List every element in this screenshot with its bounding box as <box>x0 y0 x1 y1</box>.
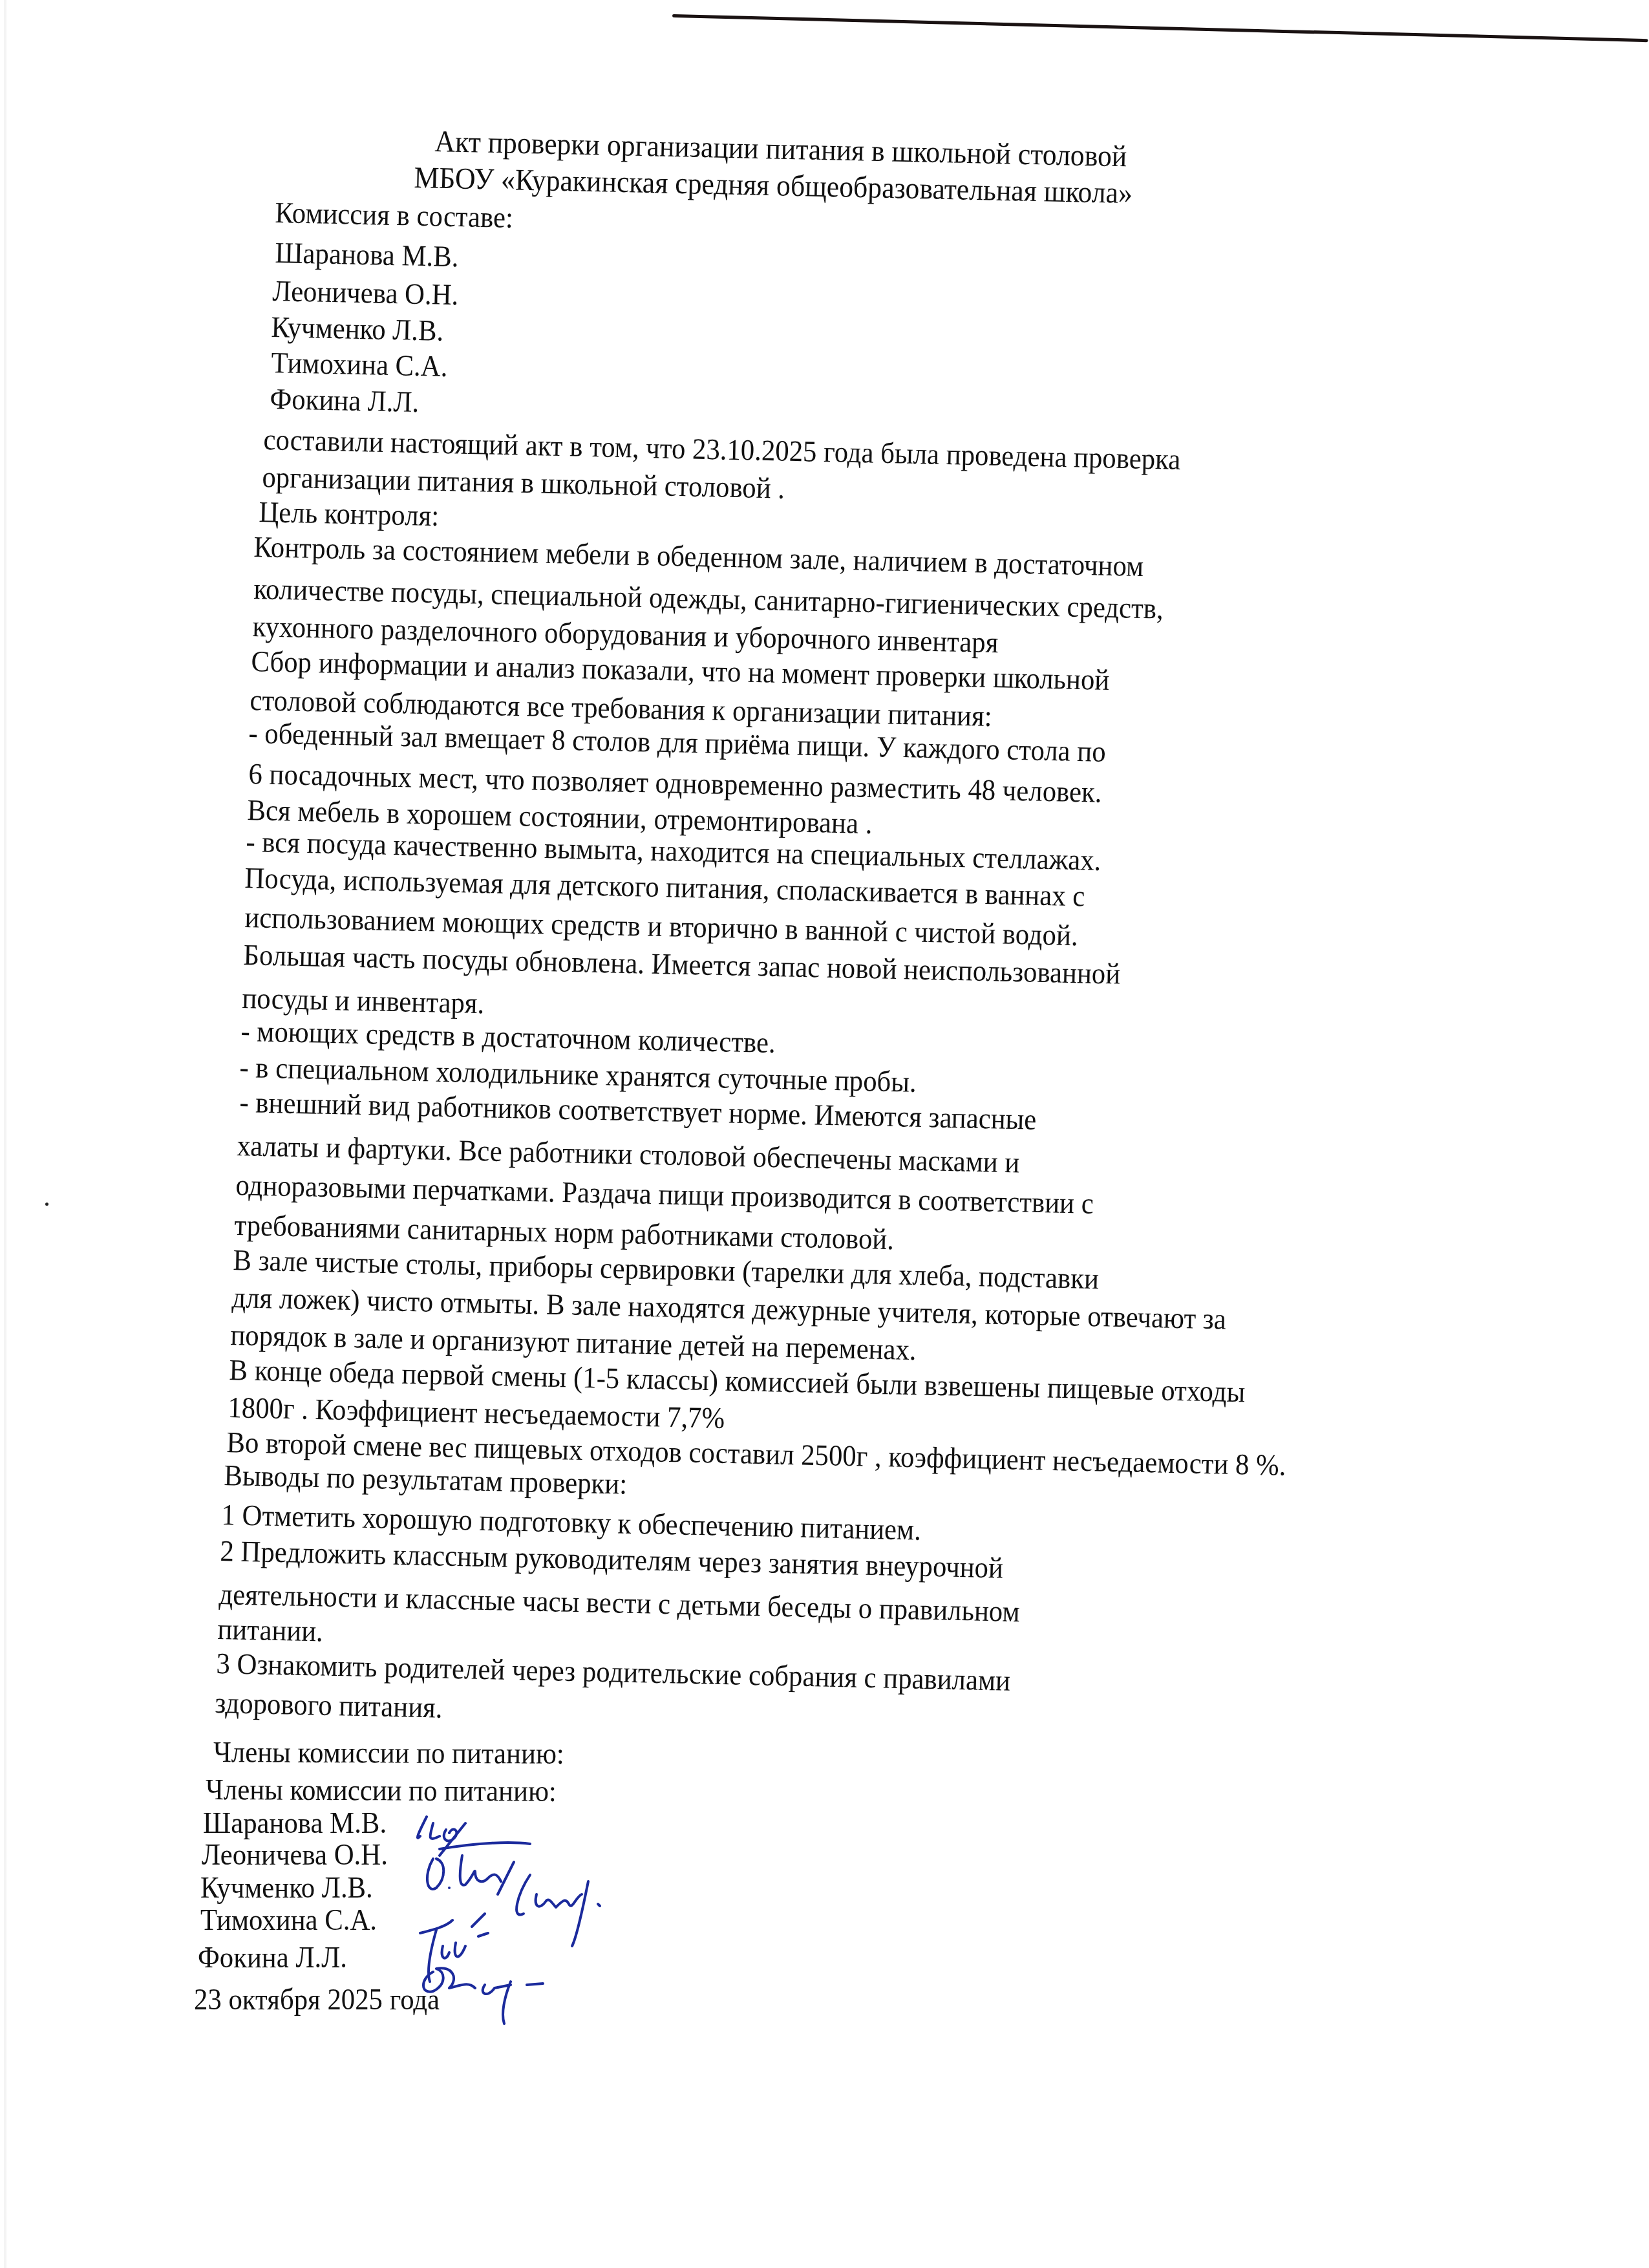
scanned-document-page: Акт проверки организации питания в школь… <box>0 0 1649 2268</box>
findings-line: посуды и инвентаря. <box>242 983 485 1018</box>
signatory-name: Шаранова М.В. <box>203 1808 387 1838</box>
signatory-name: Леоничева О.Н. <box>202 1840 388 1870</box>
signatures-heading: Члены комиссии по питанию: <box>206 1775 557 1806</box>
signatory-name: Фокина Л.Л. <box>198 1943 347 1973</box>
commission-member: Шаранова М.В. <box>275 238 459 272</box>
document-date: 23 октября 2025 года <box>194 1985 440 2015</box>
commission-member: Тимохина С.А. <box>271 348 448 381</box>
scan-edge-line <box>672 14 1648 42</box>
findings-line: - внешний вид работников соответствует н… <box>239 1087 1037 1135</box>
scan-speck <box>45 1203 48 1206</box>
commission-heading: Комиссия в составе: <box>275 198 513 233</box>
signatory-name: Кучменко Л.В. <box>200 1873 373 1903</box>
conclusion-line: деятельности и классные часы вести с дет… <box>218 1579 1020 1627</box>
commission-member: Фокина Л.Л. <box>270 384 420 417</box>
conclusion-line: здорового питания. <box>215 1688 443 1723</box>
commission-member: Кучменко Л.В. <box>271 312 444 346</box>
signatures-heading: Члены комиссии по питанию: <box>213 1737 564 1769</box>
scan-edge-left <box>4 0 6 2268</box>
signature-fokina-icon <box>414 1959 556 2030</box>
findings-line: - моющих средств в достаточном количеств… <box>240 1016 776 1058</box>
signature-kuchmenko-icon <box>504 1868 621 1959</box>
commission-member: Леоничева О.Н. <box>272 276 459 310</box>
conclusions-heading: Выводы по результатам проверки: <box>224 1460 628 1499</box>
conclusion-line: питании. <box>217 1614 323 1647</box>
goal-line: Контроль за состоянием мебели в обеденно… <box>253 532 1144 581</box>
goal-heading: Цель контроля: <box>259 497 440 531</box>
signatory-name: Тимохина С.А. <box>200 1905 377 1935</box>
